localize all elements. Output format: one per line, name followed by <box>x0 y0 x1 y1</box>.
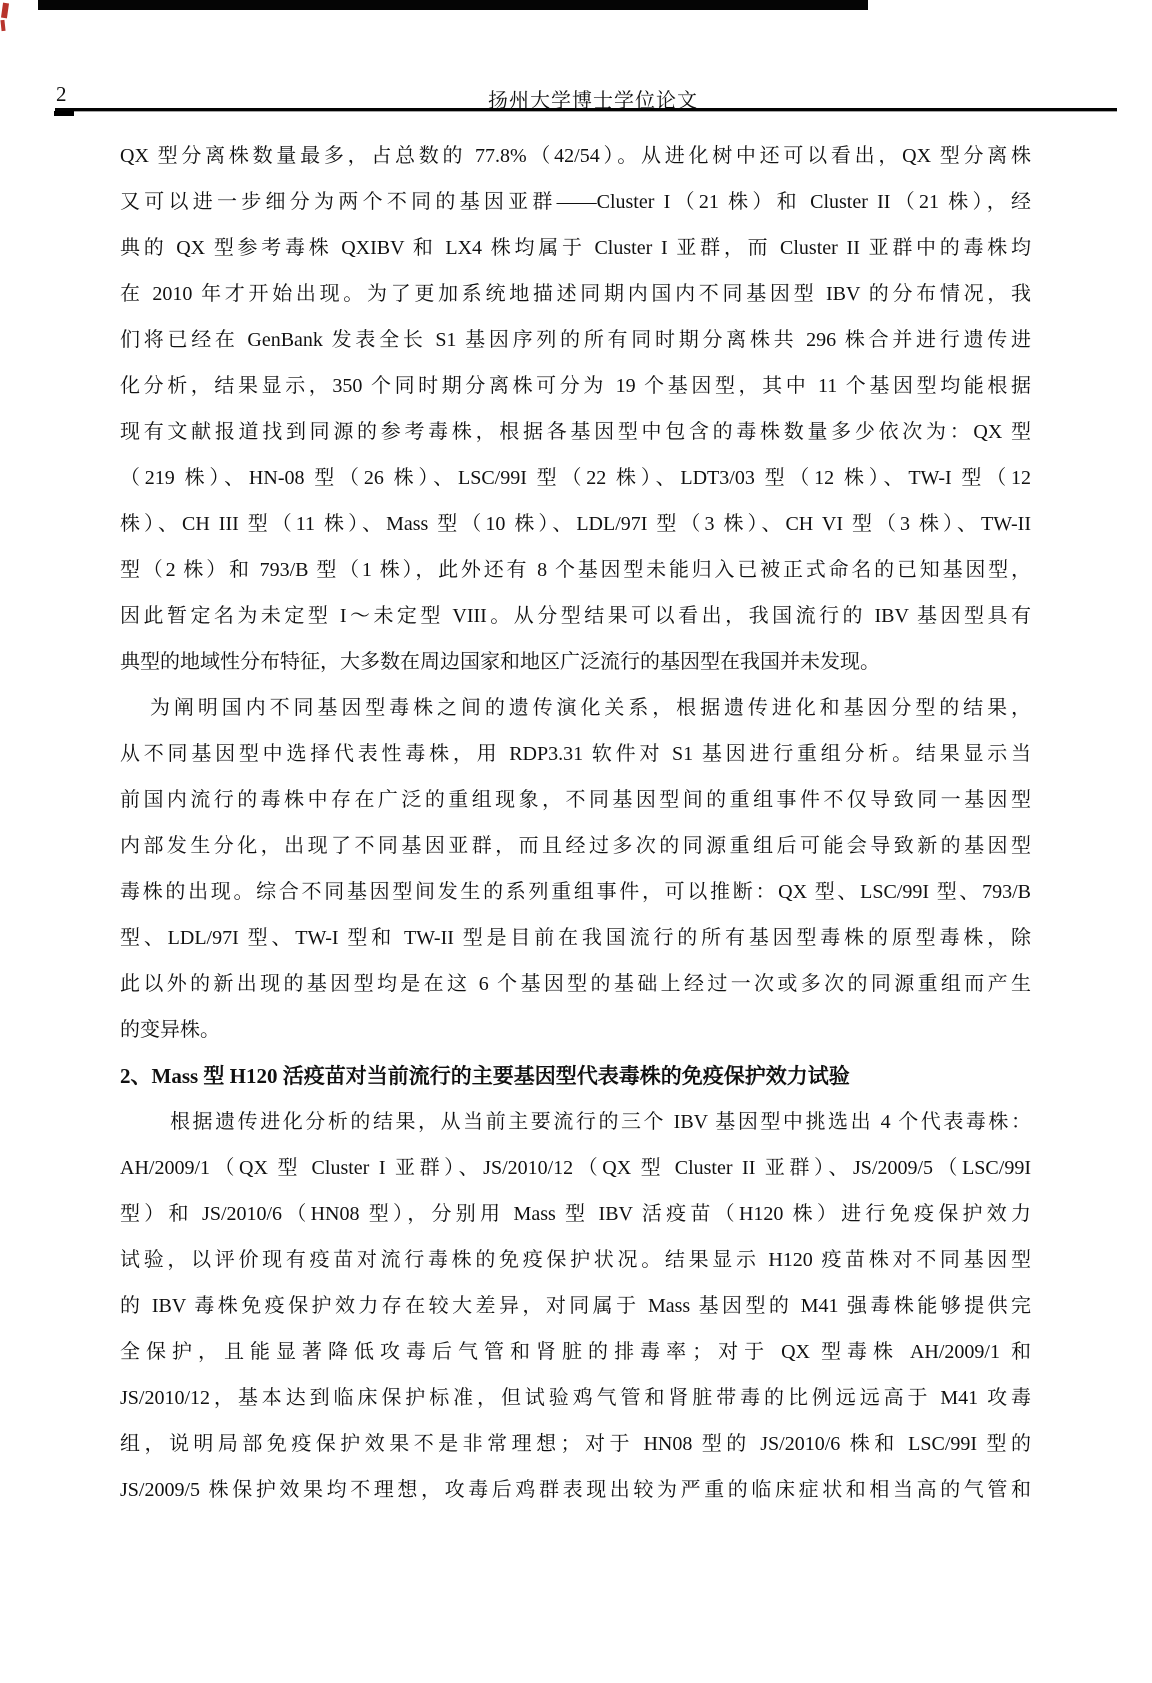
body-line: 毒株的出现。综合不同基因型间发生的系列重组事件，可以推断：QX 型、LSC/99… <box>120 869 1031 915</box>
body-line: 前国内流行的毒株中存在广泛的重组现象，不同基因型间的重组事件不仅导致同一基因型 <box>120 777 1031 823</box>
body-line: 现有文献报道找到同源的参考毒株，根据各基因型中包含的毒株数量多少依次为：QX 型 <box>120 409 1031 455</box>
body-line: 株）、CH III 型（11 株）、Mass 型（10 株）、LDL/97I 型… <box>120 501 1031 547</box>
body-line: 为阐明国内不同基因型毒株之间的遗传演化关系，根据遗传进化和基因分型的结果， <box>120 685 1031 731</box>
header-rule <box>55 108 1117 111</box>
body-line: 化分析，结果显示，350 个同时期分离株可分为 19 个基因型，其中 11 个基… <box>120 363 1031 409</box>
body-line: JS/2010/12，基本达到临床保护标准，但试验鸡气管和肾脏带毒的比例远远高于… <box>120 1375 1031 1421</box>
body-line: 们将已经在 GenBank 发表全长 S1 基因序列的所有同时期分离株共 296… <box>120 317 1031 363</box>
body-line: （219 株）、HN-08 型（26 株）、LSC/99I 型（22 株）、LD… <box>120 455 1031 501</box>
body-line: AH/2009/1（QX 型 Cluster I 亚群）、JS/2010/12（… <box>120 1145 1031 1191</box>
body-line: JS/2009/5 株保护效果均不理想，攻毒后鸡群表现出较为严重的临床症状和相当… <box>120 1467 1031 1513</box>
body-text: QX 型分离株数量最多，占总数的 77.8%（42/54）。从进化树中还可以看出… <box>120 133 1031 1513</box>
body-line: 型（2 株）和 793/B 型（1 株），此外还有 8 个基因型未能归入已被正式… <box>120 547 1031 593</box>
document-page: 2 扬州大学博士学位论文 QX 型分离株数量最多，占总数的 77.8%（42/5… <box>0 0 1152 1683</box>
body-line: 典的 QX 型参考毒株 QXIBV 和 LX4 株均属于 Cluster I 亚… <box>120 225 1031 271</box>
body-line: 从不同基因型中选择代表性毒株，用 RDP3.31 软件对 S1 基因进行重组分析… <box>120 731 1031 777</box>
body-line: 组，说明局部免疫保护效果不是非常理想；对于 HN08 型的 JS/2010/6 … <box>120 1421 1031 1467</box>
header-rule-blob <box>54 111 74 116</box>
section-heading: 2、Mass 型 H120 活疫苗对当前流行的主要基因型代表毒株的免疫保护效力试… <box>120 1053 1031 1099</box>
body-line: 此以外的新出现的基因型均是在这 6 个基因型的基础上经过一次或多次的同源重组而产… <box>120 961 1031 1007</box>
scan-artifact-bar <box>38 0 868 10</box>
scan-edge-mark <box>0 20 5 31</box>
body-line: 内部发生分化，出现了不同基因亚群，而且经过多次的同源重组后可能会导致新的基因型 <box>120 823 1031 869</box>
body-line: 典型的地域性分布特征，大多数在周边国家和地区广泛流行的基因型在我国并未发现。 <box>120 639 1031 685</box>
body-line: 的 IBV 毒株免疫保护效力存在较大差异，对同属于 Mass 基因型的 M41 … <box>120 1283 1031 1329</box>
body-line: 试验，以评价现有疫苗对流行毒株的免疫保护状况。结果显示 H120 疫苗株对不同基… <box>120 1237 1031 1283</box>
body-line: 型、LDL/97I 型、TW-I 型和 TW-II 型是目前在我国流行的所有基因… <box>120 915 1031 961</box>
body-line: 因此暂定名为未定型 I～未定型 VIII。从分型结果可以看出，我国流行的 IBV… <box>120 593 1031 639</box>
body-line: QX 型分离株数量最多，占总数的 77.8%（42/54）。从进化树中还可以看出… <box>120 133 1031 179</box>
body-line: 在 2010 年才开始出现。为了更加系统地描述同期内国内不同基因型 IBV 的分… <box>120 271 1031 317</box>
body-line: 型）和 JS/2010/6（HN08 型），分别用 Mass 型 IBV 活疫苗… <box>120 1191 1031 1237</box>
body-line: 的变异株。 <box>120 1007 1031 1053</box>
body-line: 全保护，且能显著降低攻毒后气管和肾脏的排毒率；对于 QX 型毒株 AH/2009… <box>120 1329 1031 1375</box>
body-line: 又可以进一步细分为两个不同的基因亚群——Cluster I（21 株）和 Clu… <box>120 179 1031 225</box>
scan-edge-mark <box>1 3 9 19</box>
body-line: 根据遗传进化分析的结果，从当前主要流行的三个 IBV 基因型中挑选出 4 个代表… <box>120 1099 1031 1145</box>
